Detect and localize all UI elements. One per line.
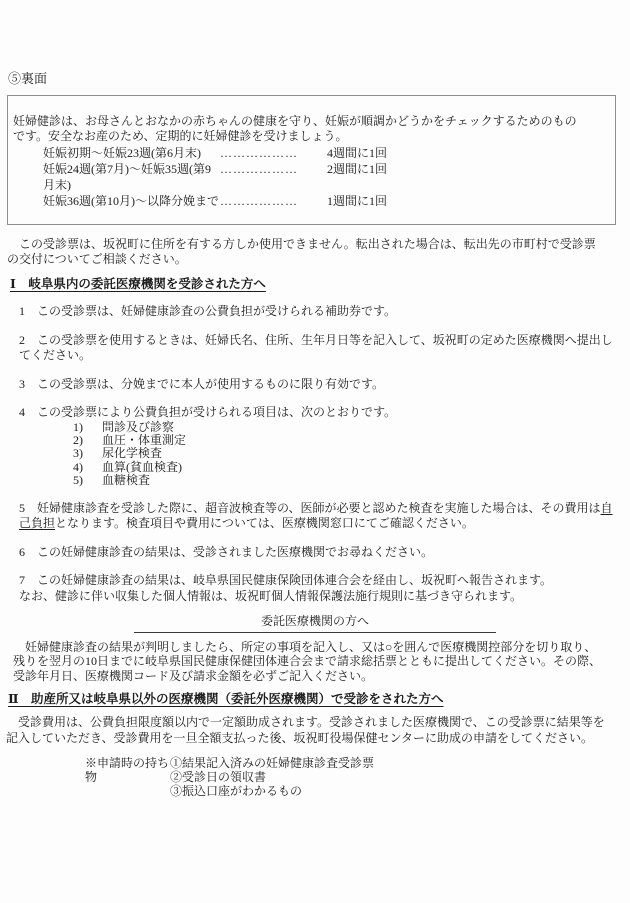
- exam-item-number: 2): [73, 434, 102, 447]
- section1-item-5-line2: 己負担となります。検査項目や費用については、医療機関窓口にてご確認ください。: [19, 516, 622, 532]
- schedule-row: 妊娠36週(第10月)～以降分娩まで ……………… 1週間に1回: [43, 193, 607, 209]
- section1-item-3: 3 この受診票は、分娩までに本人が使用するものに限り有効です。: [19, 377, 622, 393]
- exam-item-label: 尿化学検査: [102, 447, 162, 460]
- document-back-page: ⑤裏面 妊婦健診は、お母さんとおなかの赤ちゃんの健康を守り、妊娠が順調かどうかを…: [0, 0, 630, 798]
- section1-item-5: 5 妊婦健康診査を受診した際に、超音波検査等の、医師が必要と認めた検査を実施した…: [19, 501, 622, 532]
- section1-item-1: 1 この受診票は、妊婦健康診査の公費負担が受けられる補助券です。: [19, 304, 622, 320]
- exam-item: 5) 血糖検査: [73, 474, 622, 487]
- section1-item-2: 2 この受診票を使用するときは、妊婦氏名、住所、生年月日等を記入して、坂祝町の定…: [19, 333, 622, 364]
- schedule-frequency: 4週間に1回: [322, 145, 387, 161]
- transfer-notice: この受診票は、坂祝町に住所を有する方しか使用できません。転出された場合は、転出先…: [7, 237, 620, 268]
- section1-heading: Ⅰ 岐阜県内の委託医療機関を受診された方へ: [10, 277, 630, 293]
- checkup-intro-box: 妊婦健診は、お母さんとおなかの赤ちゃんの健康を守り、妊娠が順調かどうかをチェック…: [7, 95, 616, 225]
- schedule-row: 妊娠初期～妊娠23週(第6月末) ……………… 4週間に1回: [43, 145, 607, 161]
- item-5-text: となります。検査項目や費用については、医療機関窓口にてご確認ください。: [55, 516, 474, 530]
- exam-item-number: 4): [73, 461, 102, 474]
- schedule-leader-dots: ………………: [220, 145, 322, 161]
- schedule-leader-dots: ………………: [220, 193, 322, 209]
- schedule-leader-dots: ………………: [220, 161, 322, 193]
- item-5-underlined-text: 己負担: [19, 516, 55, 530]
- exam-item-label: 血糖検査: [102, 474, 150, 487]
- section2-body: 受診費用は、公費負担限度額以内で一定額助成されます。受診されました医療機関で、こ…: [6, 715, 624, 746]
- exam-item-number: 5): [73, 474, 102, 487]
- intro-text: 妊婦健診は、お母さんとおなかの赤ちゃんの健康を守り、妊娠が順調かどうかをチェック…: [13, 114, 607, 145]
- schedule-period: 妊娠36週(第10月)～以降分娩まで: [43, 193, 220, 209]
- provider-note-heading: 委託医療機関の方へ: [134, 614, 496, 633]
- belongings-label: ※申請時の持ち物: [85, 757, 170, 798]
- section1-item-4-text: 4 この受診票により公費負担が受けられる項目は、次のとおりです。: [19, 405, 622, 421]
- provider-note-body: 妊婦健康診査の結果が判明しましたら、所定の事項を記入し、又は○を囲んで医療機関控…: [13, 640, 620, 683]
- item-5-text: 5 妊婦健康診査を受診した際に、超音波検査等の、医師が必要と認めた検査を実施した…: [19, 501, 601, 515]
- item-5-underlined-text: 自: [601, 501, 613, 515]
- belongings-list: ①結果記入済みの妊婦健康診査受診票 ②受診日の領収書 ③振込口座がわかるもの: [170, 757, 374, 798]
- exam-item-number: 1): [73, 421, 102, 434]
- schedule-period: 妊娠初期～妊娠23週(第6月末): [43, 145, 220, 161]
- page-label: ⑤裏面: [8, 71, 630, 87]
- exam-item: 1) 問診及び診察: [73, 421, 622, 434]
- application-belongings: ※申請時の持ち物 ①結果記入済みの妊婦健康診査受診票 ②受診日の領収書 ③振込口…: [85, 757, 630, 798]
- schedule-row: 妊娠24週(第7月)～妊娠35週(第9月末) ……………… 2週間に1回: [43, 161, 607, 193]
- exam-item-number: 3): [73, 447, 102, 460]
- section2-heading: Ⅱ 助産所又は岐阜県以外の医療機関（委託外医療機関）で受診をされた方へ: [8, 692, 630, 708]
- section1-item-4: 4 この受診票により公費負担が受けられる項目は、次のとおりです。 1) 問診及び…: [19, 405, 622, 488]
- covered-exam-list: 1) 問診及び診察 2) 血圧・体重測定 3) 尿化学検査 4) 血算(貧血検査…: [73, 421, 622, 488]
- section1-item-7: 7 この妊婦健康診査の結果は、岐阜県国民健康保険団体連合会を経由し、坂祝町へ報告…: [19, 573, 622, 604]
- section1-item-6: 6 この妊婦健康診査の結果は、受診されました医療機関でお尋ねください。: [19, 545, 622, 561]
- schedule-frequency: 2週間に1回: [322, 161, 387, 193]
- exam-item: 3) 尿化学検査: [73, 447, 622, 460]
- section1-item-5-line1: 5 妊婦健康診査を受診した際に、超音波検査等の、医師が必要と認めた検査を実施した…: [19, 501, 622, 517]
- exam-item: 4) 血算(貧血検査): [73, 461, 622, 474]
- exam-item-label: 問診及び診察: [102, 421, 174, 434]
- schedule-frequency: 1週間に1回: [322, 193, 387, 209]
- schedule-period: 妊娠24週(第7月)～妊娠35週(第9月末): [43, 161, 220, 193]
- checkup-schedule: 妊娠初期～妊娠23週(第6月末) ……………… 4週間に1回 妊娠24週(第7月…: [43, 145, 607, 209]
